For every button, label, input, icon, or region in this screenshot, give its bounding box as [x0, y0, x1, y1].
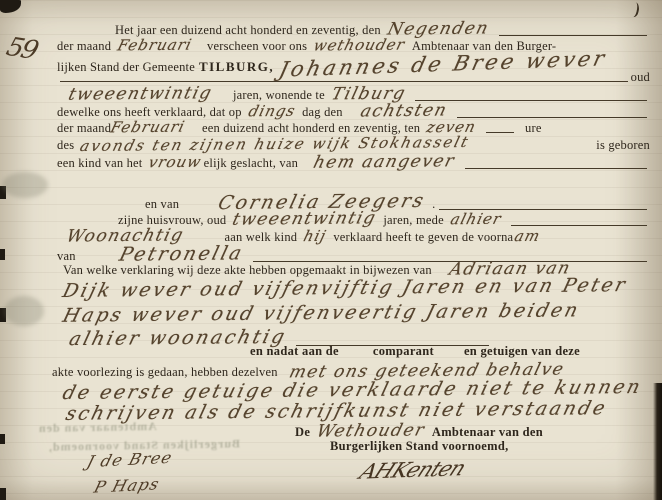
blank-line [60, 79, 628, 82]
document-line: schrijven als de schrijfkunst niet verst… [60, 400, 613, 422]
bleed-through-smudge [2, 172, 48, 198]
document-line: en nadat aan de comparant en getuigen va… [250, 344, 580, 359]
document-line: Haps wever oud vijfenveertig Jaren beide… [57, 302, 586, 324]
closing-line: De Wethouder Ambtenaar van den [295, 421, 543, 441]
printed-text: Burgerlijken Stand voornoemd, [330, 439, 509, 454]
printed-text: des [57, 138, 74, 153]
printed-text: en nadat aan de [250, 344, 339, 359]
printed-text: en getuigen van deze [464, 344, 580, 359]
handwritten-father-reference: hem aangever [311, 151, 457, 172]
printed-text: Ambtenaar van den [432, 425, 543, 440]
handwritten-witness1-details: Dijk wever oud vijfenvijftig Jaren en va… [60, 274, 629, 302]
printed-text: akte voorlezing is gedaan, hebben dezelv… [52, 365, 278, 380]
document-line: oud [57, 70, 650, 85]
pen-mark [626, 1, 640, 18]
printed-text: ure [525, 121, 542, 136]
signature-witness: P Haps [92, 474, 162, 496]
blank-line [486, 130, 514, 133]
page-corner-mark [0, 0, 21, 13]
page-edge-mark [0, 488, 6, 500]
handwritten-child-gender: vrouw [147, 153, 204, 172]
page-edge-mark [0, 434, 5, 444]
document-line: Dijk wever oud vijfenvijftig Jaren en va… [57, 277, 633, 299]
printed-text: een kind van het [57, 156, 142, 171]
akte-number: 59 [3, 32, 41, 66]
signature-declarant: J de Bree [85, 448, 175, 471]
page-edge-mark [0, 249, 5, 260]
page-binding-shadow [653, 383, 662, 500]
document-line: een kind van het vrouw elijk geslacht, v… [57, 152, 650, 172]
handwritten-witness2-details: Haps wever oud vijfenveertig Jaren beide… [60, 299, 582, 326]
printed-text: der maand [57, 121, 111, 136]
blank-line [465, 166, 647, 169]
printed-text: De [295, 425, 310, 440]
printed-text: is geboren [596, 138, 650, 153]
printed-text: elijk geslacht, van [204, 156, 298, 171]
scanned-birth-record: Ambtenaar van den Burgerlijken Stand voo… [0, 0, 662, 500]
printed-text: comparant [373, 344, 434, 359]
handwritten-birth-month: Februari [109, 118, 188, 137]
printed-text: oud [631, 70, 650, 85]
closing-line: Burgerlijken Stand voornoemd, [330, 439, 509, 454]
signature-official: AHKenten [356, 456, 469, 484]
document-line: des avonds ten zijnen huize wijk Stokhas… [57, 135, 650, 153]
bleed-through-smudge [4, 296, 44, 326]
